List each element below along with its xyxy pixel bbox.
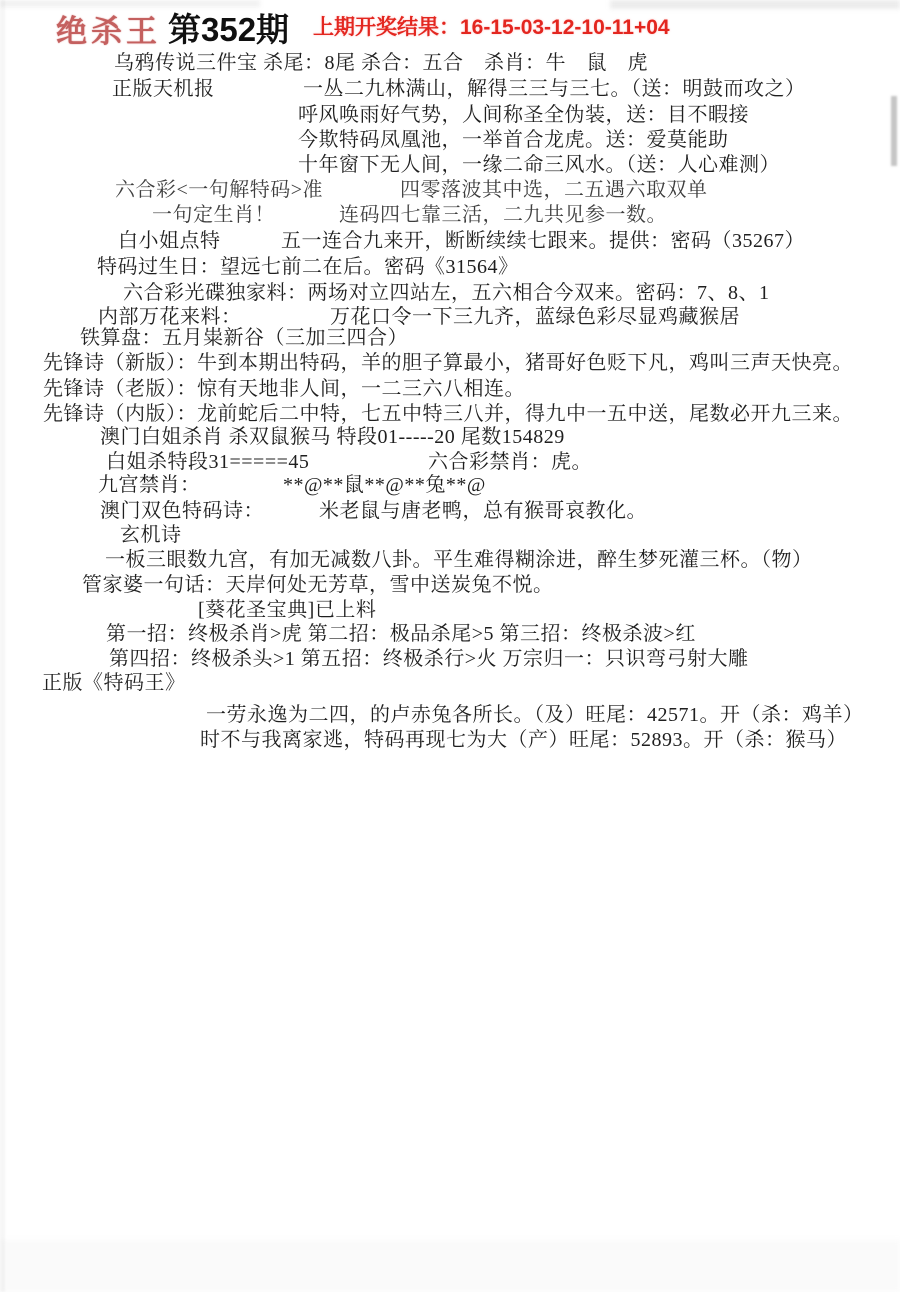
document-lines: 乌鸦传说三件宝 杀尾：8尾 杀合：五合 杀肖：牛 鼠 虎正版天机报一丛二九林满山… (0, 0, 900, 1292)
scanned-lottery-sheet: 绝杀王 第352期 上期开奖结果：16-15-03-12-10-11+04 乌鸦… (0, 0, 900, 1292)
text-segment: 正版《特码王》 (42, 666, 186, 695)
text-segment: 一丛二九林满山，解得三三与三七。（送：明鼓而攻之） (303, 72, 806, 101)
text-segment: 五一连合九来开，断断续续七跟来。提供：密码（35267） (281, 224, 805, 253)
text-line: 呼风唤雨好气势，人间称圣全伪装，送：目不暇接 (0, 98, 900, 124)
text-segment: 九宫禁肖： (98, 468, 201, 497)
text-segment: 乌鸦传说三件宝 杀尾：8尾 杀合：五合 杀肖：牛 鼠 虎 (114, 46, 648, 75)
text-segment: 特码过生日：望远七前二在后。密码《31564》 (97, 250, 519, 279)
text-line: 先锋诗（新版）：牛到本期出特码，羊的胆子算最小，猪哥好色贬下凡，鸡叫三声天快亮。 (0, 346, 900, 372)
text-line: 正版天机报一丛二九林满山，解得三三与三七。（送：明鼓而攻之） (0, 72, 900, 98)
text-line: 一劳永逸为二四，的卢赤兔各所长。（及）旺尾：42571。开（杀：鸡羊） (0, 698, 900, 724)
text-segment: 先锋诗（新版）：牛到本期出特码，羊的胆子算最小，猪哥好色贬下凡，鸡叫三声天快亮。 (43, 346, 853, 375)
text-segment: 正版天机报 (112, 72, 215, 101)
text-line: [葵花圣宝典]已上料 (0, 593, 900, 619)
text-line: 第四招：终极杀头>1 第五招：终极杀行>火 万宗归一：只识弯弓射大雕 (0, 642, 900, 668)
text-line: 九宫禁肖：**@**鼠**@**兔**@ (0, 468, 900, 494)
text-line: 一板三眼数九宫，有加无减数八卦。平生难得糊涂进，醉生梦死灌三杯。（物） (0, 543, 900, 569)
text-segment: 连码四七靠三活，二九共见参一数。 (339, 198, 667, 227)
text-segment: 一句定生肖！ (152, 198, 275, 227)
text-line: 澳门白姐杀肖 杀双鼠猴马 特段01-----20 尾数154829 (0, 420, 900, 446)
text-line: 乌鸦传说三件宝 杀尾：8尾 杀合：五合 杀肖：牛 鼠 虎 (0, 46, 900, 72)
text-line: 先锋诗（老版）：惊有天地非人间，一二三六八相连。 (0, 372, 900, 398)
text-line: 六合彩光碟独家料：两场对立四站左，五六相合今双来。密码：7、8、1 (0, 276, 900, 302)
text-line: 白小姐点特五一连合九来开，断断续续七跟来。提供：密码（35267） (0, 224, 900, 250)
text-line: 六合彩<一句解特码>准四零落波其中选，二五遇六取双单 (0, 173, 900, 199)
text-line: 正版《特码王》 (0, 666, 900, 692)
text-line: 特码过生日：望远七前二在后。密码《31564》 (0, 250, 900, 276)
text-line: 第一招：终极杀肖>虎 第二招：极品杀尾>5 第三招：终极杀波>红 (0, 617, 900, 643)
text-segment: 时不与我离家逃，特码再现七为大（产）旺尾：52893。开（杀：猴马） (200, 723, 847, 752)
text-line: 十年窗下无人间，一缘二命三风水。（送：人心难测） (0, 148, 900, 174)
text-line: 玄机诗 (0, 518, 900, 544)
text-line: 澳门双色特码诗：米老鼠与唐老鸭，总有猴哥哀教化。 (0, 494, 900, 520)
text-segment: 白小姐点特 (118, 224, 221, 253)
text-line: 铁算盘：五月粜新谷（三加三四合） (0, 321, 900, 347)
text-segment: **@**鼠**@**兔**@ (283, 468, 486, 497)
text-line: 一句定生肖！连码四七靠三活，二九共见参一数。 (0, 198, 900, 224)
text-line: 时不与我离家逃，特码再现七为大（产）旺尾：52893。开（杀：猴马） (0, 723, 900, 749)
text-line: 管家婆一句话：天岸何处无芳草，雪中送炭兔不悦。 (0, 568, 900, 594)
text-line: 今欺特码凤凰池，一举首合龙虎。送：爱莫能助 (0, 123, 900, 149)
